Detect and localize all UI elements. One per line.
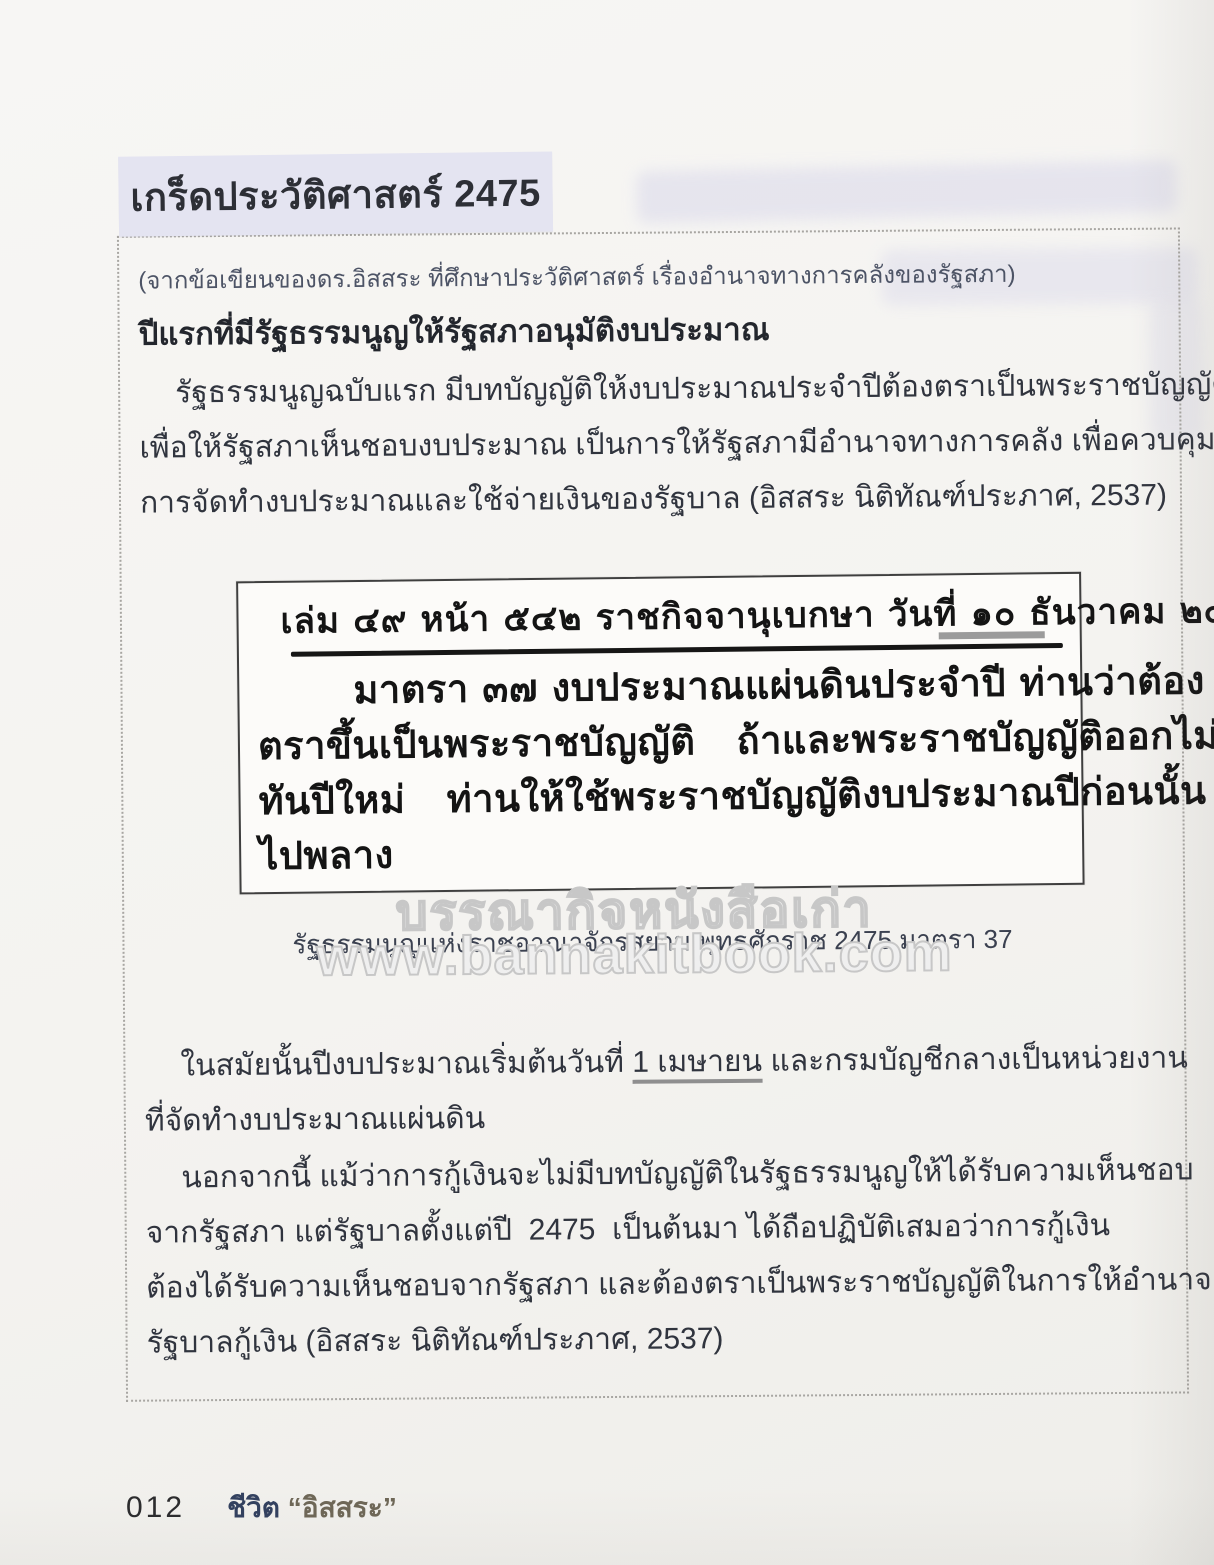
paragraph-line: ในสมัยนั้นปีงบประมาณเริ่มต้นวันที่ 1 เมษ…: [144, 1034, 1148, 1097]
section-tag-banner: เกร็ดประวัติศาสตร์ 2475: [118, 151, 553, 236]
article-heading: ปีแรกที่มีรัฐธรรมนูญให้รัฐสภาอนุมัติงบปร…: [138, 304, 769, 359]
paragraph-line: การจัดทำงบประมาณและใช้จ่ายเงินของรัฐบาล …: [140, 471, 1144, 534]
book-title-quoted: “อิสสระ”: [280, 1492, 397, 1523]
paragraph-line: รัฐธรรมนูญฉบับแรก มีบทบัญญัติให้งบประมาณ…: [139, 361, 1143, 424]
article-source-note: (จากข้อเขียนของดร.อิสสระ ที่ศึกษาประวัติ…: [138, 254, 1016, 300]
page-footer: 012ชีวิต “อิสสระ”: [126, 1486, 397, 1530]
gazette-body-line: มาตรา ๓๗ งบประมาณแผ่นดินประจำปี ท่านว่าต…: [257, 656, 1070, 720]
gazette-header-line: เล่ม ๔๙ หน้า ๕๔๒ ราชกิจจานุเบกษา วันที่ …: [280, 582, 1214, 648]
gazette-date-underline: [939, 631, 1045, 639]
paragraph-line: ที่จัดทำงบประมาณแผ่นดิน: [145, 1089, 1149, 1152]
book-title: ชีวิต: [227, 1492, 280, 1523]
paragraph-line: เพื่อให้รัฐสภาเห็นชอบงบประมาณ เป็นการให้…: [139, 416, 1143, 479]
section-tag-label: เกร็ดประวัติศาสตร์ 2475: [130, 161, 541, 227]
paragraph-2: ในสมัยนั้นปีงบประมาณเริ่มต้นวันที่ 1 เมษ…: [144, 1034, 1149, 1152]
gazette-body-line: ทันปีใหม่ ท่านให้ใช้พระราชบัญญัติงบประมา…: [258, 766, 1071, 830]
gazette-body: มาตรา ๓๗ งบประมาณแผ่นดินประจำปี ท่านว่าต…: [257, 656, 1071, 885]
page-number: 012: [126, 1491, 185, 1524]
paragraph-1: รัฐธรรมนูญฉบับแรก มีบทบัญญัติให้งบประมาณ…: [139, 361, 1144, 534]
paragraph-line: จากรัฐสภา แต่รัฐบาลตั้งแต่ปี 2475 เป็นต้…: [146, 1201, 1150, 1264]
book-page-scan: เกร็ดประวัติศาสตร์ 2475 (จากข้อเขียนของด…: [0, 0, 1214, 1565]
watermark-website: www.bannakitbook.com: [27, 919, 1214, 991]
scan-tilt-wrapper: เกร็ดประวัติศาสตร์ 2475 (จากข้อเขียนของด…: [0, 0, 1214, 1565]
paragraph-text: และกรมบัญชีกลางเป็นหน่วยงาน: [762, 1041, 1188, 1077]
book-title-quoted-text: “อิสสระ”: [288, 1492, 397, 1523]
underlined-date: 1 เมษายน: [632, 1045, 762, 1084]
paragraph-3: นอกจากนี้ แม้ว่าการกู้เงินจะไม่มีบทบัญญั…: [145, 1146, 1151, 1374]
gazette-body-line: ตราขึ้นเป็นพระราชบัญญัติ ถ้าและพระราชบัญ…: [258, 711, 1071, 775]
paragraph-line: รัฐบาลกู้เงิน (อิสสระ นิติทัณฑ์ประภาศ, 2…: [146, 1311, 1150, 1374]
page-bleed-through: [636, 160, 1177, 224]
paragraph-line: ต้องได้รับความเห็นชอบจากรัฐสภา และต้องตร…: [146, 1256, 1150, 1319]
paragraph-line: นอกจากนี้ แม้ว่าการกู้เงินจะไม่มีบทบัญญั…: [145, 1146, 1149, 1209]
royal-gazette-figure: เล่ม ๔๙ หน้า ๕๔๒ ราชกิจจานุเบกษา วันที่ …: [236, 572, 1084, 895]
paragraph-text: ในสมัยนั้นปีงบประมาณเริ่มต้นวันที่: [180, 1046, 632, 1083]
